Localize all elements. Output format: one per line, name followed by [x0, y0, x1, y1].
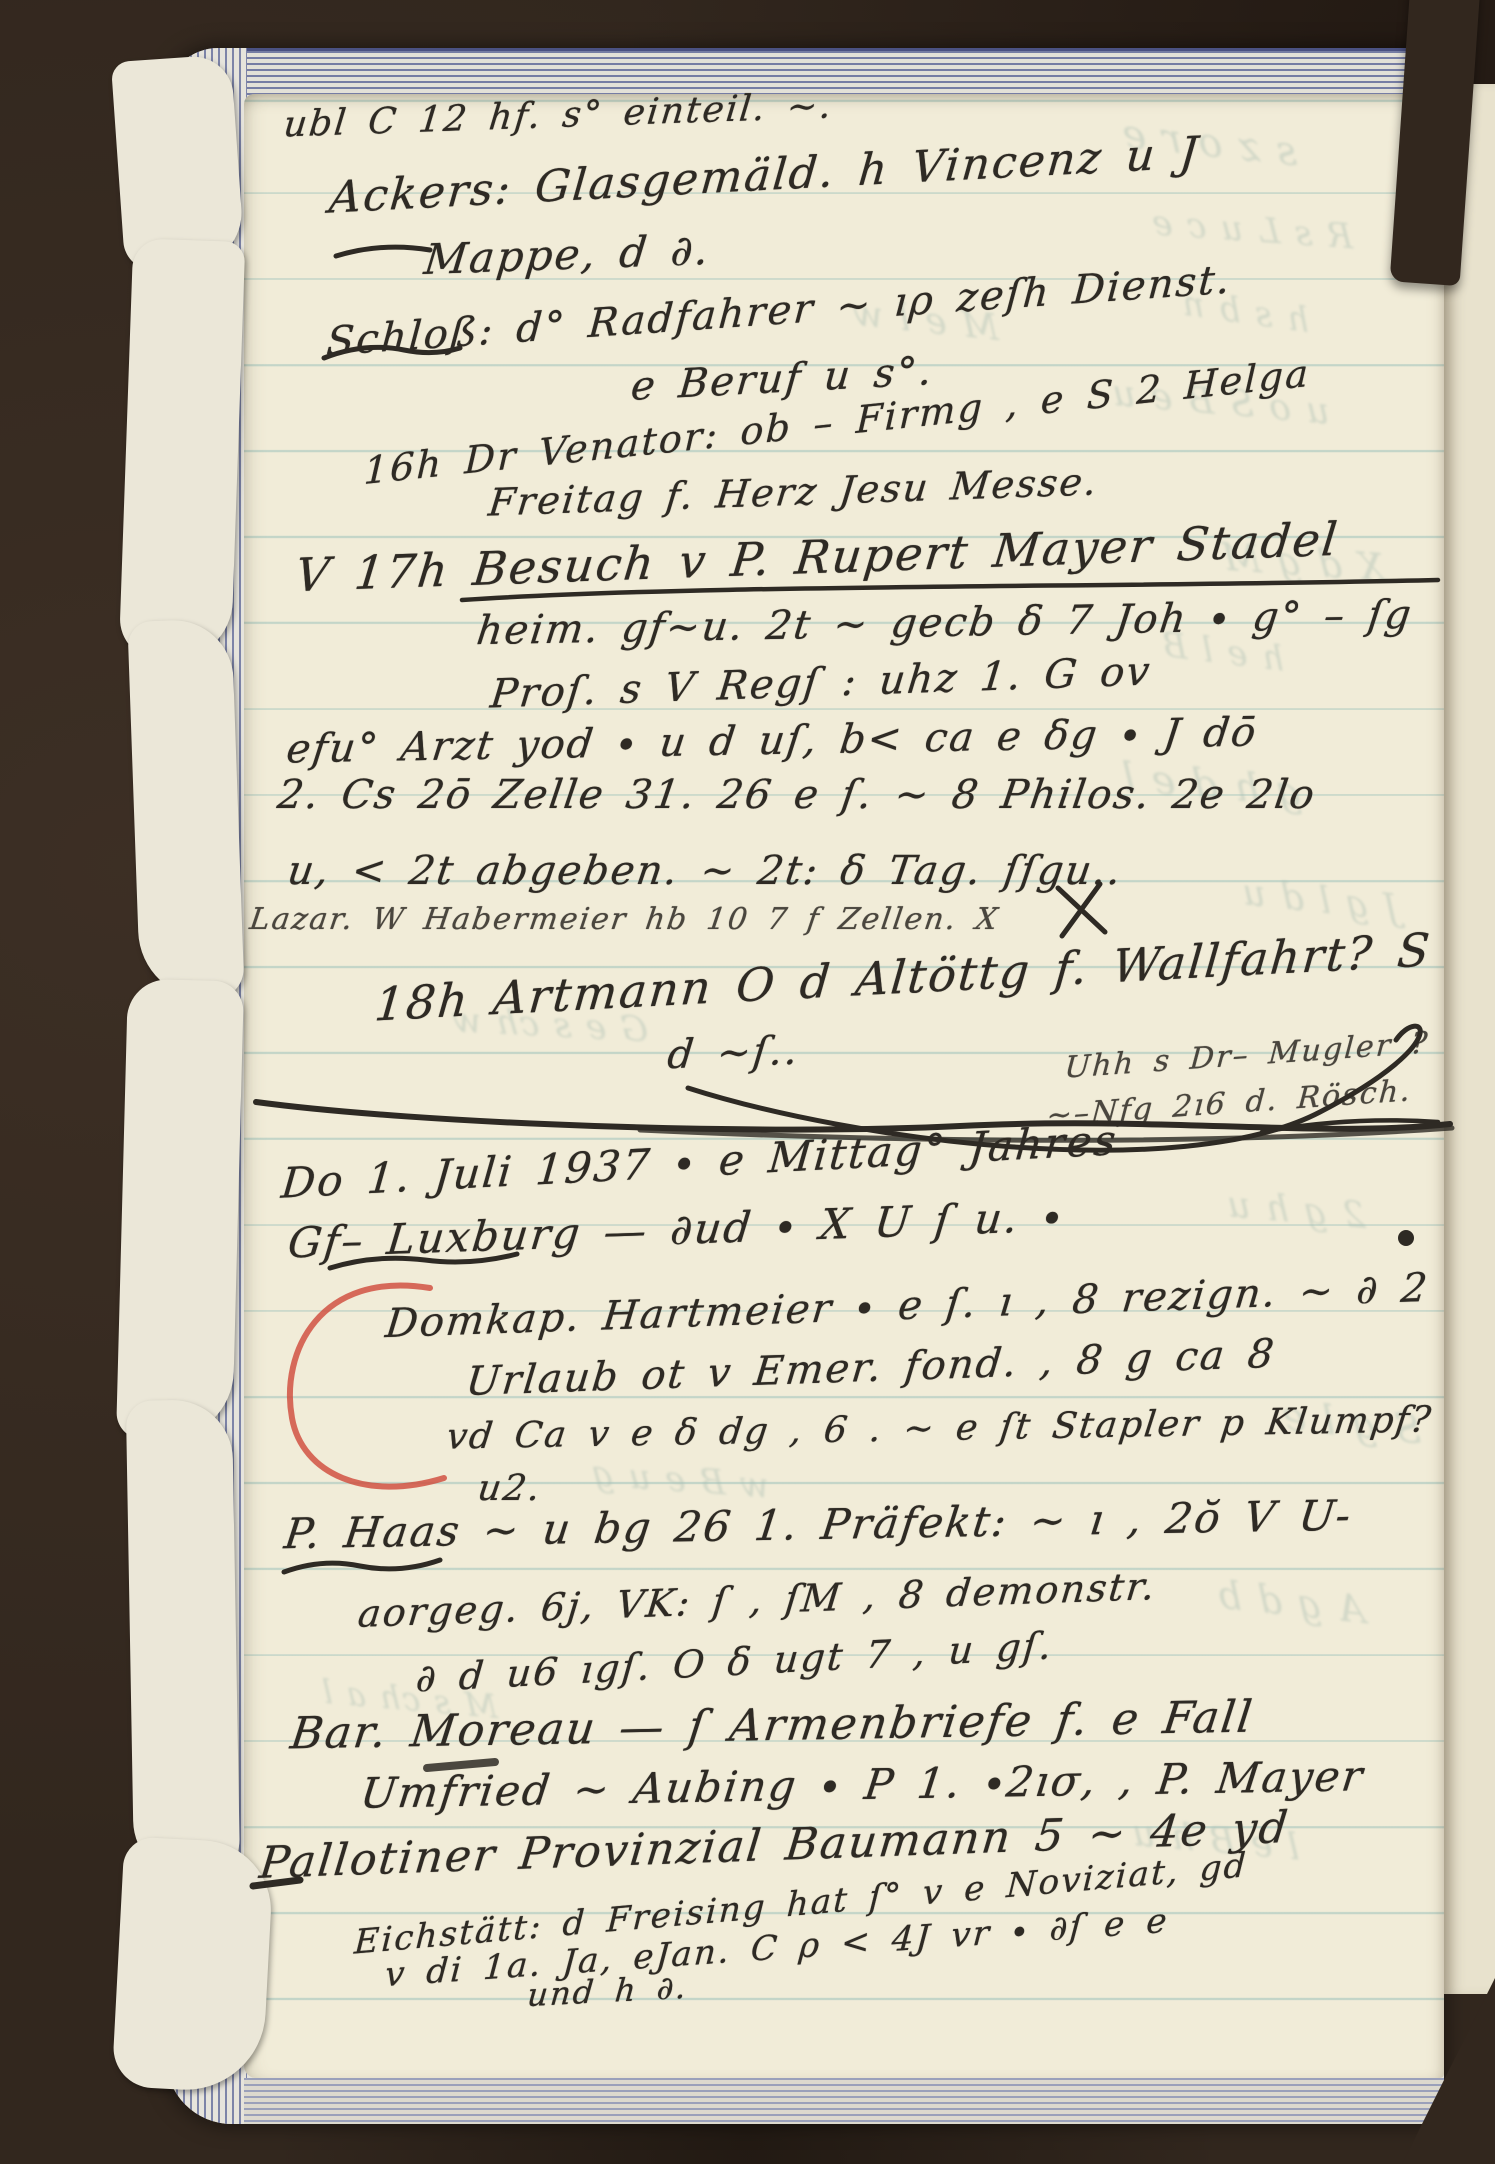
torn-tissue-edge	[112, 1836, 275, 2094]
torn-tissue-edge	[119, 238, 246, 662]
torn-tissue-edge	[127, 618, 244, 1001]
notebook-page	[244, 94, 1444, 2078]
page-stack	[166, 48, 1444, 2124]
page-stack-bottom-edges	[244, 2078, 1444, 2124]
torn-tissue-edge	[116, 979, 244, 1442]
page-stack-top-edges	[166, 48, 1444, 97]
torn-tissue-edge	[126, 1399, 240, 1881]
adjacent-page-strip	[1444, 84, 1495, 1994]
